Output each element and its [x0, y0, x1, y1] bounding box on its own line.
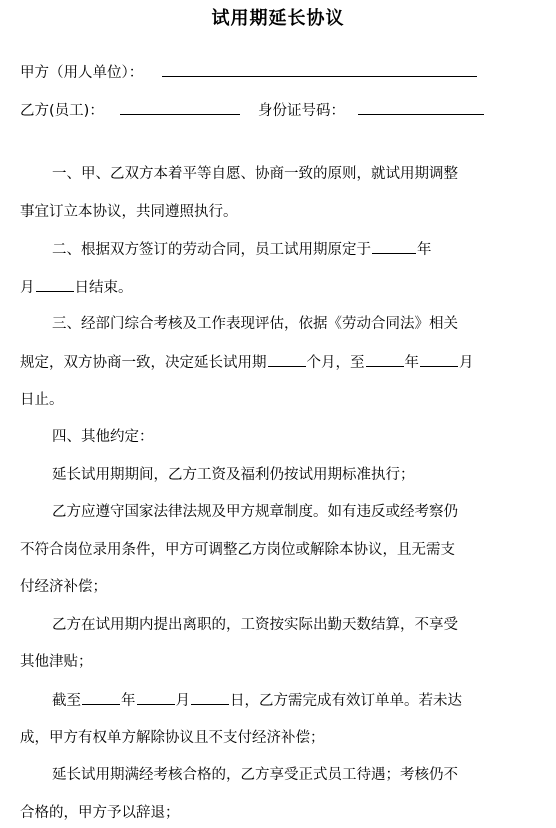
clause4-item4-line1: 截至年月日，乙方需完成有效订单单。若未达 — [20, 689, 462, 711]
deadline-day-field[interactable] — [191, 689, 229, 705]
deadline-suffix: 日，乙方需完成有效订单单。若未达 — [230, 693, 462, 709]
clause4-item3-line2: 其他津贴； — [20, 651, 93, 673]
party-b-field[interactable] — [120, 99, 240, 115]
party-a-row: 甲方（用人单位）： — [20, 61, 478, 83]
deadline-prefix: 截至 — [52, 693, 81, 709]
month-label: 月 — [176, 693, 191, 709]
clause2-line2: 月日结束。 — [20, 276, 133, 298]
clause4-item1: 延长试用期期间，乙方工资及福利仍按试用期标准执行； — [20, 464, 415, 486]
clause3-line1: 三、经部门综合考核及工作表现评估，依据《劳动合同法》相关 — [20, 313, 458, 335]
day-end-label: 日结束。 — [75, 280, 133, 296]
clause4-item2-line2: 不符合岗位录用条件，甲方可调整乙方岗位或解除本协议，且无需支 — [20, 539, 455, 561]
deadline-month-field[interactable] — [137, 689, 175, 705]
party-a-label: 甲方（用人单位）： — [20, 65, 143, 81]
clause2-line1: 二、根据双方签订的劳动合同，员工试用期原定于年 — [20, 238, 432, 260]
party-b-row: 乙方(员工)： 身份证号码： — [20, 99, 485, 121]
year-label: 年 — [417, 242, 432, 258]
party-a-field[interactable] — [162, 61, 477, 77]
id-label: 身份证号码： — [258, 103, 345, 119]
party-b-label: 乙方(员工)： — [20, 103, 104, 119]
clause4-item2-line1: 乙方应遵守国家法律法规及甲方规章制度。如有违反或经考察仍 — [20, 501, 458, 523]
clause4-item3-line1: 乙方在试用期内提出离职的，工资按实际出勤天数结算，不享受 — [20, 614, 458, 636]
extension-months-field[interactable] — [268, 351, 306, 367]
id-number-field[interactable] — [358, 99, 484, 115]
clause3-text: 规定，双方协商一致，决定延长试用期 — [20, 355, 267, 371]
extension-end-year-field[interactable] — [366, 351, 404, 367]
clause4-item5-line1: 延长试用期满经考核合格的，乙方享受正式员工待遇；考核仍不 — [20, 764, 458, 786]
month-label: 月 — [459, 355, 474, 371]
clause3-line3: 日止。 — [20, 389, 64, 411]
clause2-text: 二、根据双方签订的劳动合同，员工试用期原定于 — [52, 242, 371, 258]
clause3-line2: 规定，双方协商一致，决定延长试用期个月，至年月 — [20, 351, 474, 373]
clause4-heading: 四、其他约定： — [20, 426, 154, 448]
clause4-item5-line2: 合格的，甲方予以辞退； — [20, 802, 180, 824]
original-end-day-field[interactable] — [36, 276, 74, 292]
clause4-item4-line2: 成，甲方有权单方解除协议且不支付经济补偿； — [20, 727, 325, 749]
clause1-line2: 事宜订立本协议，共同遵照执行。 — [20, 201, 238, 223]
year-label: 年 — [405, 355, 420, 371]
clause4-item2-line3: 付经济补偿； — [20, 576, 107, 598]
clause1-line1: 一、甲、乙双方本着平等自愿、协商一致的原则，就试用期调整 — [20, 163, 458, 185]
months-label: 个月，至 — [307, 355, 365, 371]
original-end-year-field[interactable] — [372, 238, 416, 254]
document-title: 试用期延长协议 — [0, 4, 556, 30]
year-label: 年 — [121, 693, 136, 709]
extension-end-month-field[interactable] — [420, 351, 458, 367]
month-label: 月 — [20, 280, 35, 296]
deadline-year-field[interactable] — [82, 689, 120, 705]
